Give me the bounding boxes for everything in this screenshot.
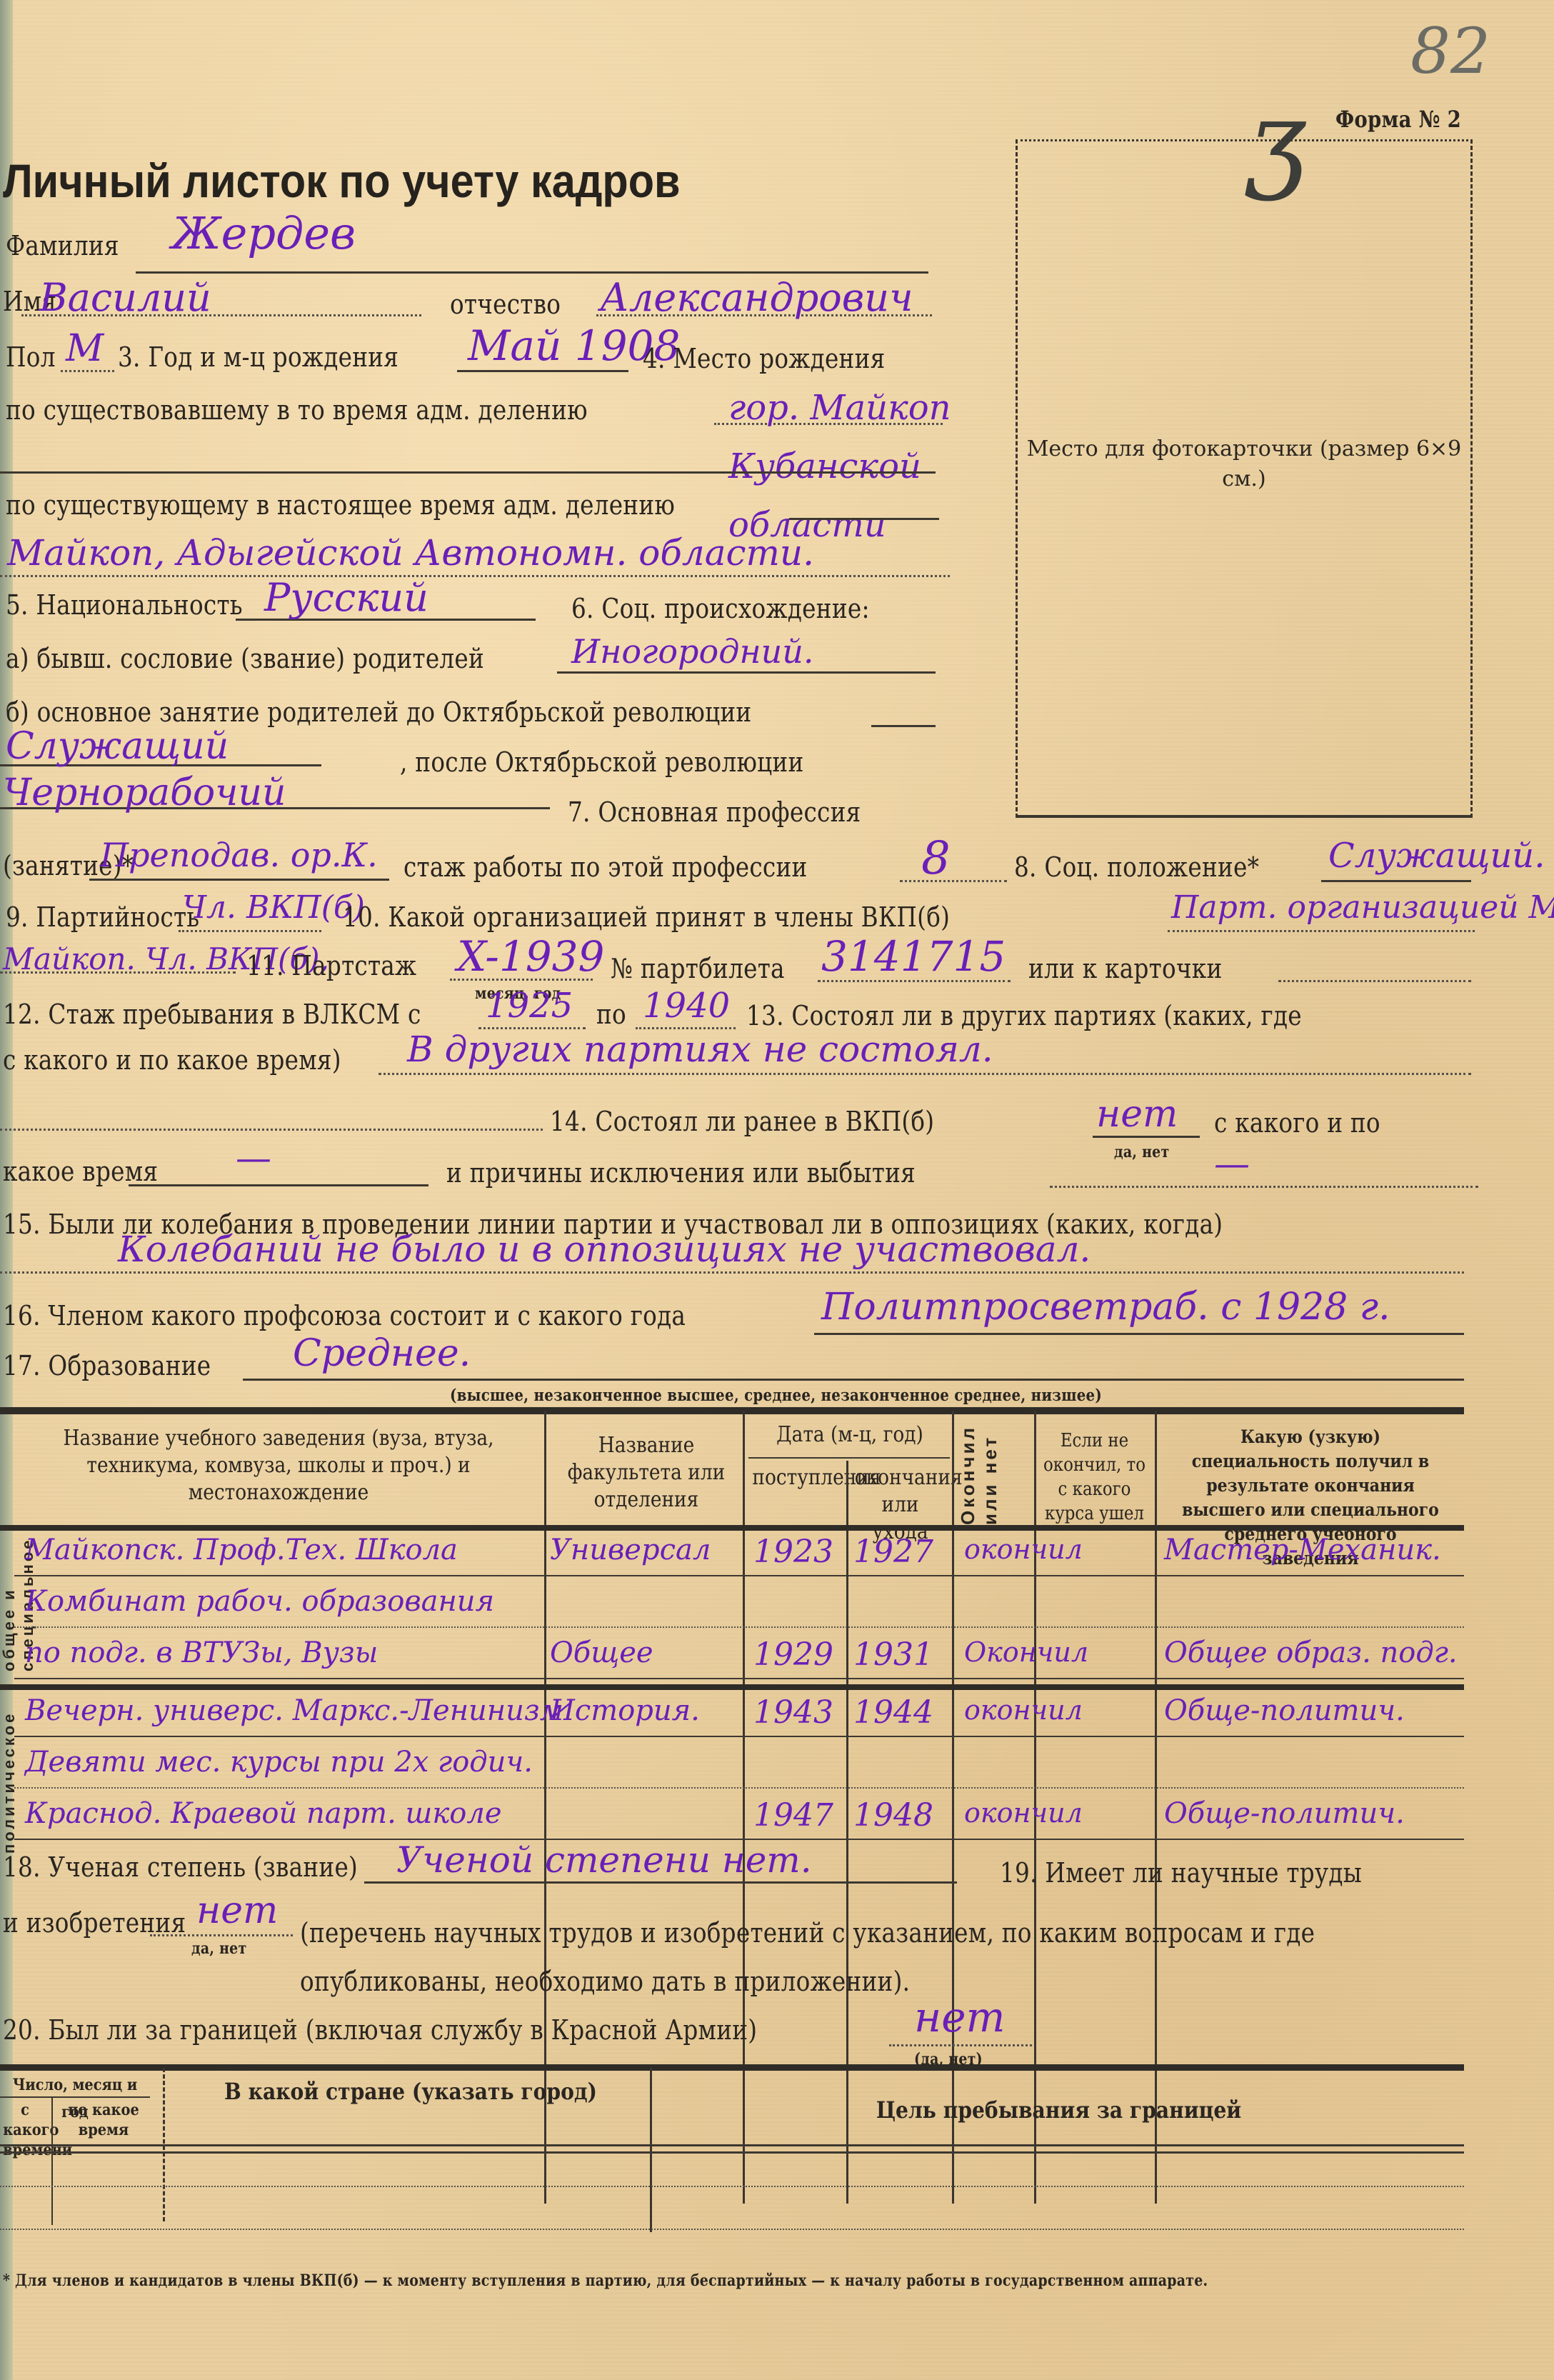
sex-label: Пол: [6, 341, 56, 373]
party-label: 9. Партийность: [6, 901, 199, 933]
education-hint: (высшее, незаконченное высшее, среднее, …: [450, 1386, 1102, 1405]
komsomol-label: 12. Стаж пребывания в ВЛКСМ с: [3, 999, 421, 1030]
group-label-political: политическое: [0, 1682, 19, 1854]
table-header-course-left: Если не окончил, то с какого курса ушел: [1043, 1429, 1146, 1526]
admitted-by-value[interactable]: Парт. организацией Майкоп. Чл. ВКП(б),: [1171, 889, 1554, 926]
previous-vkp-since-value[interactable]: —: [236, 1137, 271, 1179]
party-tenure-value[interactable]: X-1939: [457, 932, 604, 981]
edu-cell-completed[interactable]: окончил: [964, 1694, 1083, 1726]
previous-vkp-since-label-cont: какое время: [3, 1156, 158, 1187]
works-hint: да, нет: [191, 1939, 246, 1958]
komsomol-from-value[interactable]: 1925: [486, 986, 573, 1026]
social-origin-label: 6. Соц. происхождение:: [571, 593, 870, 624]
other-parties-label: 13. Состоял ли в других партиях (каких, …: [746, 1000, 1302, 1031]
table-header-completed: Окончил или нет: [957, 1425, 1001, 1525]
previous-vkp-reason-label: и причины исключения или выбытия: [446, 1157, 916, 1189]
party-card-value[interactable]: 3141715: [821, 932, 1006, 981]
edu-cell-specialty[interactable]: Общее образ. подг.: [1164, 1636, 1458, 1669]
footnote: * Для членов и кандидатов в члены ВКП(б)…: [3, 2271, 1208, 2290]
abroad-header-to: по какое время: [59, 2100, 147, 2140]
works-label: 19. Имеет ли научные труды: [1000, 1857, 1362, 1889]
previous-vkp-value[interactable]: нет: [1096, 1093, 1178, 1136]
birth-place-old-label: по существовавшему в то время адм. делен…: [6, 394, 588, 426]
birth-place-label: 4. Место рождения: [643, 343, 886, 374]
abroad-label: 20. Был ли за границей (включая службу в…: [3, 2014, 757, 2046]
table-header-institution: Название учебного заведения (вуза, втуза…: [52, 1425, 505, 1506]
works-note: (перечень научных трудов и изобретений с…: [300, 1909, 1467, 2006]
komsomol-to-label: по: [596, 999, 626, 1030]
archive-number: 82: [1410, 14, 1490, 88]
table-header-enrolled: поступления: [752, 1464, 840, 1491]
experience-label: стаж работы по этой профессии: [403, 851, 808, 883]
patronymic-value[interactable]: Александрович: [600, 275, 913, 320]
degree-label: 18. Ученая степень (звание): [3, 1851, 358, 1883]
works-value[interactable]: нет: [196, 1889, 278, 1932]
edu-cell-finished[interactable]: 1931: [853, 1636, 933, 1673]
occupation-after-value[interactable]: Чернорабочий: [3, 771, 286, 814]
edu-cell-enrolled[interactable]: 1943: [753, 1694, 833, 1731]
edu-cell-specialty[interactable]: Мастер-Механик.: [1164, 1534, 1441, 1566]
table-header-date-group: Дата (м-ц, год): [758, 1421, 941, 1449]
party-value[interactable]: Чл. ВКП(б): [182, 889, 365, 926]
edu-cell-completed[interactable]: окончил: [964, 1534, 1083, 1565]
edu-cell-enrolled[interactable]: 1929: [753, 1636, 833, 1673]
edu-cell-finished[interactable]: 1948: [853, 1797, 933, 1834]
education-value[interactable]: Среднее.: [293, 1332, 471, 1375]
nationality-label: 5. Национальность: [6, 589, 243, 621]
edu-cell-institution[interactable]: Краснод. Краевой парт. школе: [25, 1797, 502, 1830]
union-label: 16. Членом какого профсоюза состоит и с …: [3, 1300, 686, 1331]
union-value[interactable]: Политпросветраб. с 1928 г.: [821, 1286, 1390, 1329]
edu-cell-specialty[interactable]: Обще-политич.: [1164, 1694, 1405, 1727]
occupation-before-value[interactable]: Служащий: [6, 725, 229, 768]
table-header-faculty: Название факультета или отделения: [558, 1432, 734, 1514]
edu-cell-institution[interactable]: Вечерн. универс. Маркс.-Ленинизм: [25, 1694, 563, 1727]
education-label: 17. Образование: [3, 1350, 211, 1381]
occupation-after-label: , после Октябрьской революции: [400, 746, 804, 778]
edu-cell-faculty[interactable]: Универсал: [550, 1534, 711, 1566]
surname-label: Фамилия: [6, 230, 119, 261]
party-card-label: № партбилета: [611, 953, 785, 984]
estate-label: а) бывш. сословие (звание) родителей: [6, 643, 484, 674]
edu-cell-finished[interactable]: 1927: [853, 1534, 933, 1570]
opposition-value[interactable]: Колебаний не было и в оппозициях не учас…: [118, 1229, 1091, 1270]
previous-vkp-hint: да, нет: [1114, 1143, 1169, 1161]
birth-place-current-label: по существующему в настоящее время адм. …: [6, 489, 675, 521]
abroad-header-purpose: Цель пребывания за границей: [702, 2096, 1415, 2124]
surname-value[interactable]: Жердев: [171, 207, 356, 259]
edu-cell-institution[interactable]: Девяти мес. курсы при 2х годич.: [25, 1746, 533, 1779]
degree-value[interactable]: Ученой степени нет.: [396, 1839, 812, 1881]
edu-cell-institution[interactable]: Майкопск. Проф.Тех. Школа: [25, 1534, 458, 1566]
party-card-alt-label: или к карточки: [1028, 953, 1223, 984]
edu-cell-faculty[interactable]: История.: [550, 1694, 700, 1727]
name-value[interactable]: Василий: [39, 275, 211, 320]
abroad-header-country: В какой стране (указать город): [197, 2077, 624, 2106]
edu-cell-institution[interactable]: по подг. в ВТУЗы, Вузы: [25, 1636, 378, 1669]
estate-value[interactable]: Иногородний.: [571, 632, 814, 671]
social-status-value[interactable]: Служащий.: [1328, 836, 1545, 876]
party-tenure-label: 11. Партстаж: [246, 950, 416, 981]
profession-label: 7. Основная профессия: [568, 796, 861, 828]
previous-vkp-since-label: с какого и по: [1214, 1107, 1380, 1139]
previous-vkp-label: 14. Состоял ли ранее в ВКП(б): [550, 1106, 934, 1137]
birth-place-old-value[interactable]: гор. Майкоп Кубанской области: [728, 379, 1000, 554]
edu-cell-specialty[interactable]: Обще-политич.: [1164, 1797, 1405, 1830]
nationality-value[interactable]: Русский: [264, 575, 428, 620]
previous-vkp-reason-value[interactable]: —: [1214, 1143, 1250, 1184]
abroad-table-row[interactable]: [0, 2229, 1464, 2230]
page-title: Личный листок по учету кадров: [3, 154, 681, 208]
other-parties-label-cont: с какого и по какое время): [3, 1044, 341, 1076]
birth-date-label: 3. Год и м-ц рождения: [118, 341, 398, 373]
birth-place-current-value[interactable]: Майкоп, Адыгейской Автономн. области.: [7, 532, 814, 574]
form-number: Форма № 2: [1335, 106, 1461, 133]
profession-value[interactable]: Преподав. ор.К.: [100, 836, 378, 874]
komsomol-to-value[interactable]: 1940: [643, 986, 730, 1026]
edu-cell-institution[interactable]: Комбинат рабоч. образования: [25, 1585, 494, 1618]
sex-value[interactable]: М: [66, 327, 104, 370]
experience-value[interactable]: 8: [921, 832, 951, 885]
edu-cell-completed[interactable]: окончил: [964, 1797, 1083, 1829]
admitted-by-label: 10. Какой организацией принят в члены ВК…: [343, 901, 950, 933]
other-parties-value[interactable]: В других партиях не состоял.: [407, 1029, 993, 1070]
occupation-before-label: б) основное занятие родителей до Октябрь…: [6, 696, 751, 728]
photo-placeholder-box: Место для фотокарточки (размер 6×9 см.): [1016, 139, 1473, 818]
patronymic-label: отчество: [450, 289, 561, 320]
abroad-table-row[interactable]: [0, 2186, 1464, 2187]
abroad-value[interactable]: нет: [914, 1993, 1006, 2041]
edu-cell-enrolled[interactable]: 1947: [753, 1797, 833, 1834]
edu-cell-finished[interactable]: 1944: [853, 1694, 933, 1731]
social-status-label: 8. Соц. положение*: [1014, 851, 1259, 883]
photo-placeholder-label: Место для фотокарточки (размер 6×9 см.): [1018, 434, 1470, 494]
edu-cell-completed[interactable]: Окончил: [964, 1636, 1088, 1668]
edu-cell-enrolled[interactable]: 1923: [753, 1534, 833, 1570]
edu-cell-faculty[interactable]: Общее: [550, 1636, 653, 1669]
